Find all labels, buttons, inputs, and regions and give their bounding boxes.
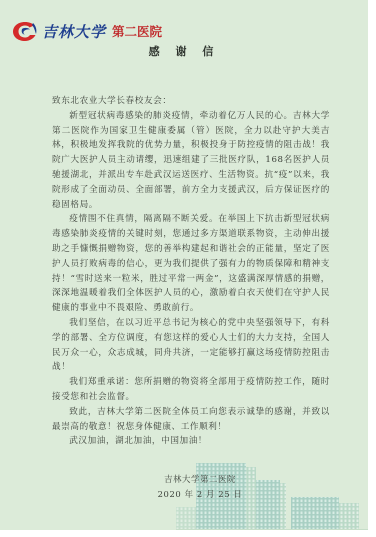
- letter-title: 感 谢 信: [0, 43, 368, 59]
- letter-page: 吉林大学 第二医院 感 谢 信 致东北农业大学长春校友会： 新型冠状病毒感染的肺…: [0, 0, 368, 530]
- paragraph: 新型冠状病毒感染的肺炎疫情，牵动着亿万人民的心。吉林大学第二医院作为国家卫生健康…: [52, 109, 330, 213]
- signature-date: 2020 年 2 月 25 日: [140, 487, 260, 502]
- paragraph: 致此，吉林大学第二医院全体员工向您表示诚挚的感谢，并致以最崇高的敬意！祝您身体健…: [52, 405, 330, 435]
- paragraph: 我们郑重承诺：您所捐赠的物资将全部用于疫情防控工作，随时接受您和社会监督。: [52, 375, 330, 405]
- university-name: 吉林大学: [42, 21, 106, 42]
- hospital-header: 吉林大学 第二医院: [12, 18, 162, 44]
- hospital-logo-icon: [12, 20, 38, 42]
- closing-line: 武汉加油，湖北加油，中国加油！: [52, 434, 330, 449]
- paragraph: 疫情围不住真情，隔离隔不断关爱。在举国上下抗击新型冠状病毒感染肺炎疫情的关键时刻…: [52, 212, 330, 316]
- signature-organization: 吉林大学第二医院: [140, 472, 260, 487]
- hospital-name: 第二医院: [112, 22, 162, 40]
- salutation: 致东北农业大学长春校友会：: [52, 94, 330, 109]
- signature-block: 吉林大学第二医院 2020 年 2 月 25 日: [140, 472, 260, 502]
- letter-body: 致东北农业大学长春校友会： 新型冠状病毒感染的肺炎疫情，牵动着亿万人民的心。吉林…: [52, 94, 330, 449]
- paragraph: 我们坚信，在以习近平总书记为核心的党中央坚强领导下，有科学的部署、全方位调度，有…: [52, 316, 330, 375]
